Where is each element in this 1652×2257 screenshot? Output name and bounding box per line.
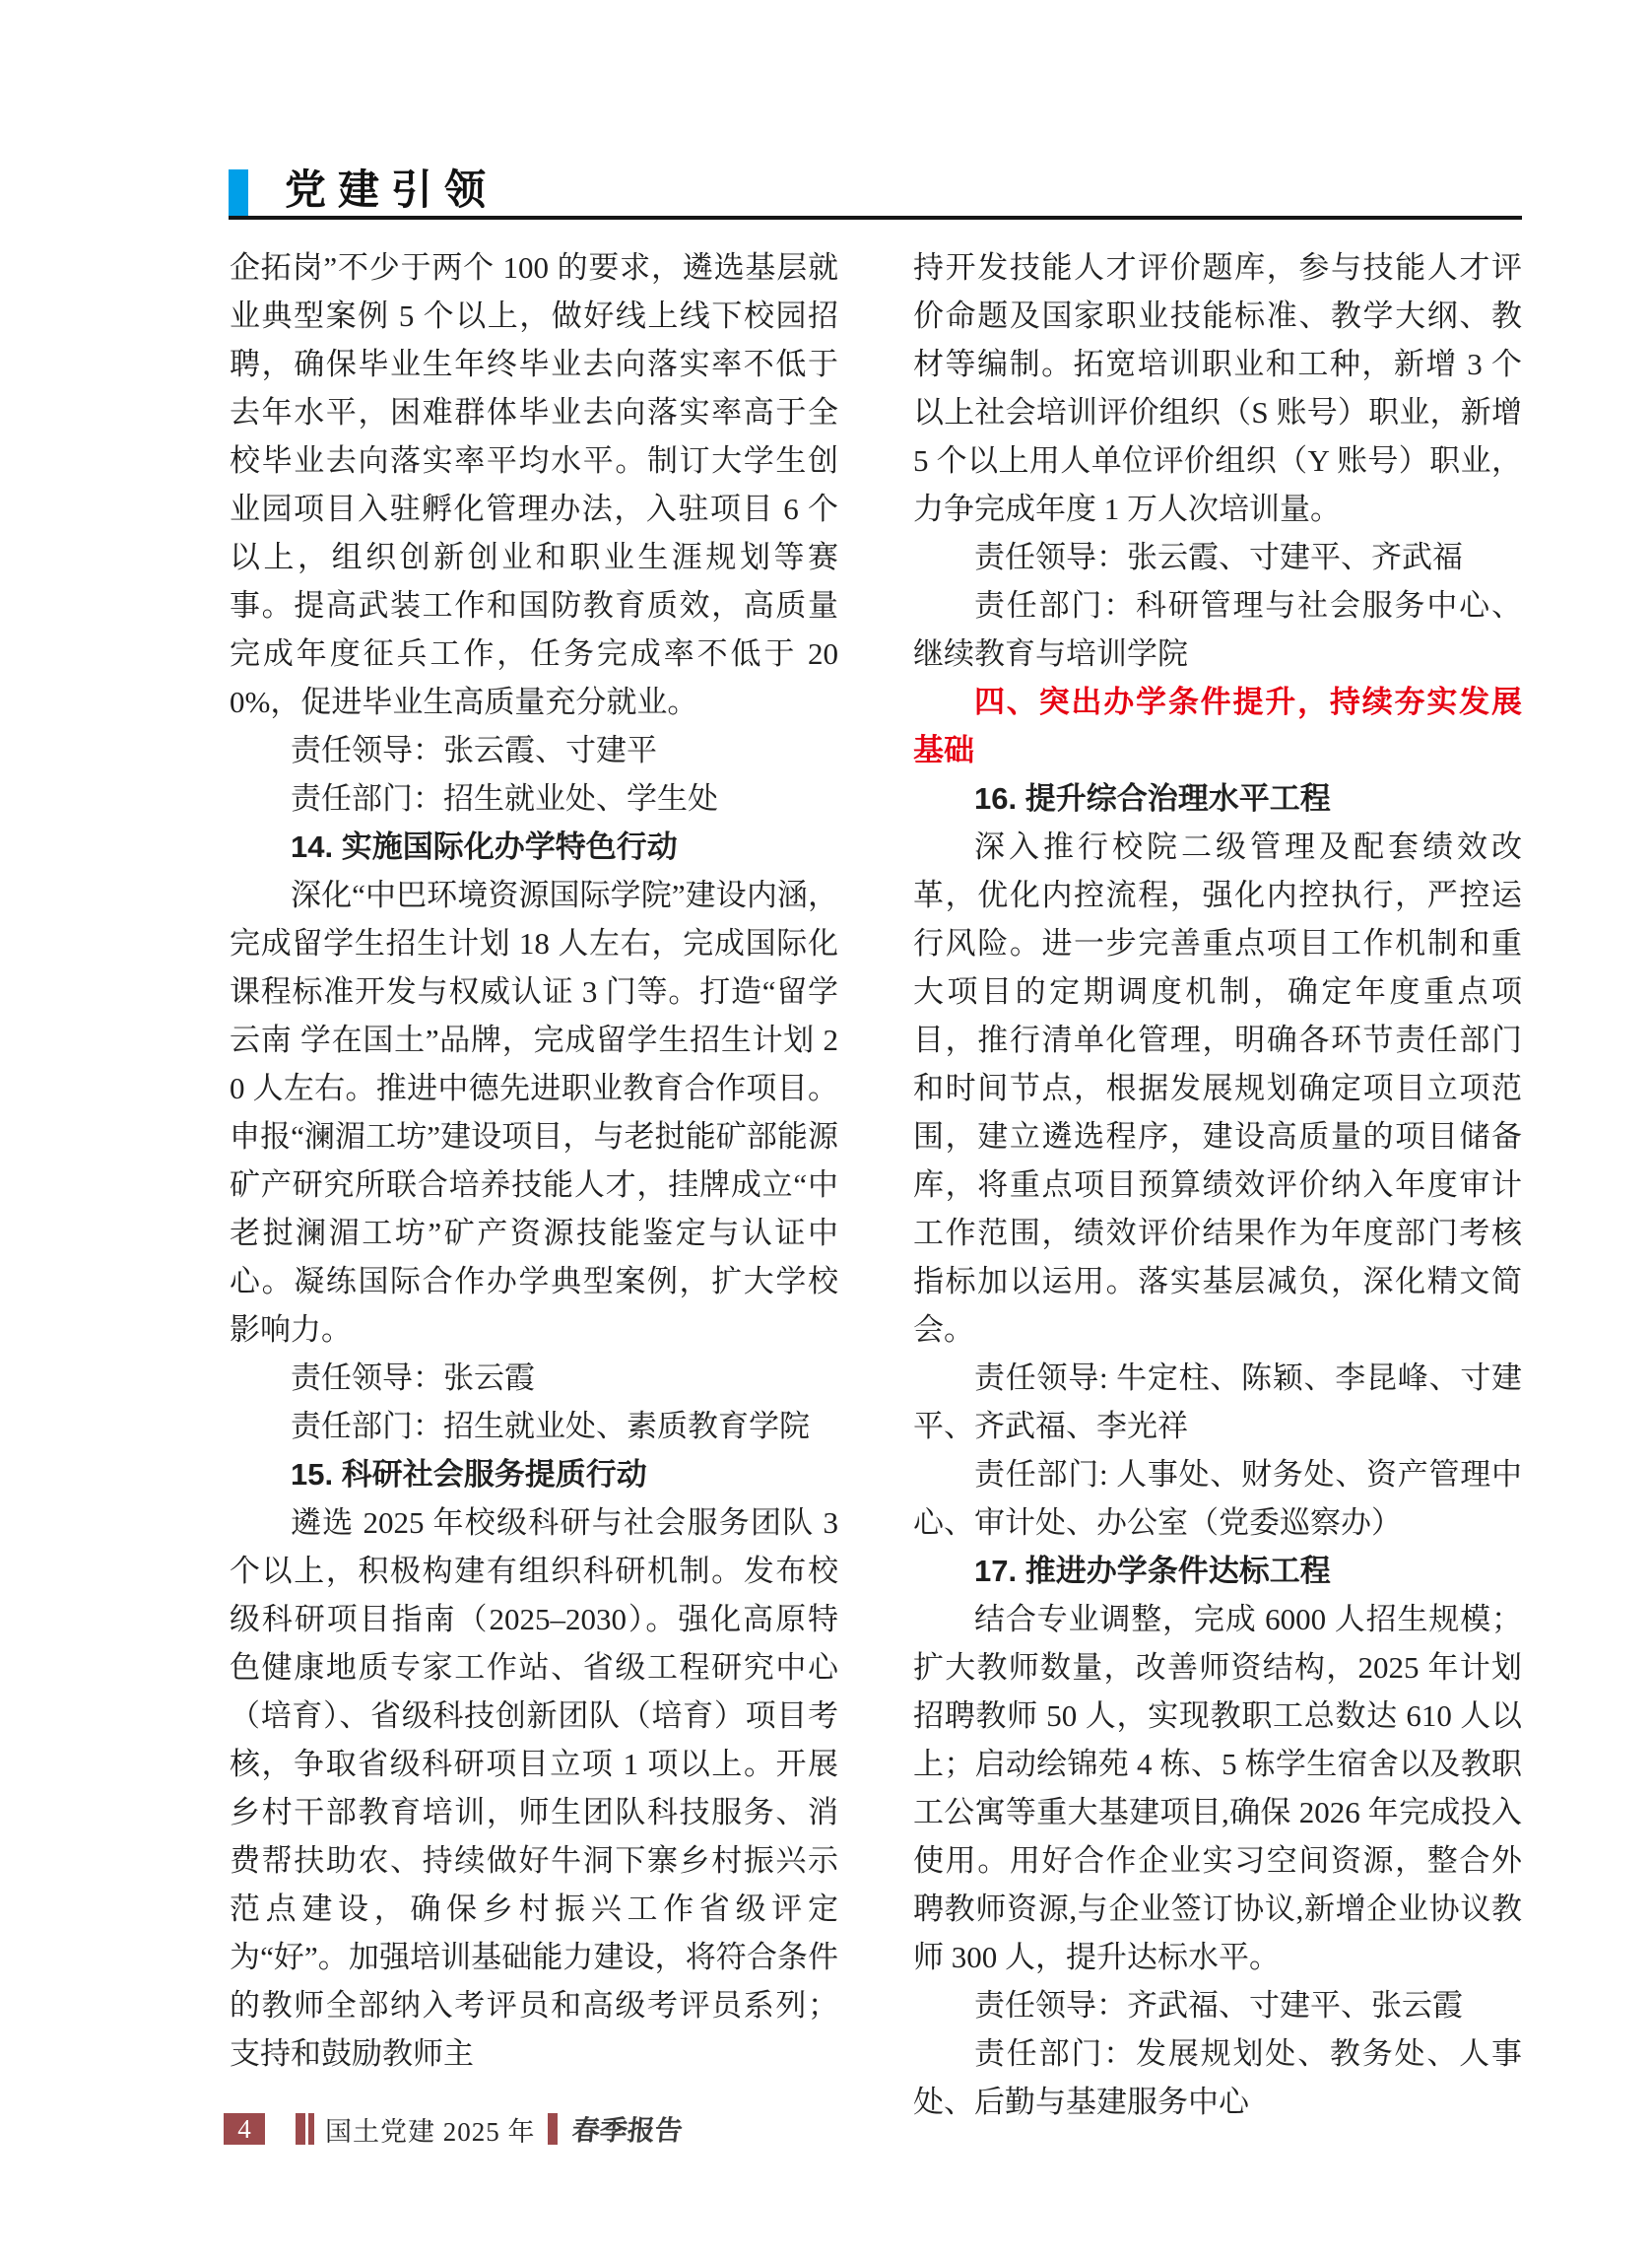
item-heading: 14. 实施国际化办学特色行动 (230, 823, 838, 871)
body-paragraph: 结合专业调整，完成 6000 人招生规模；扩大教师数量，改善师资结构，2025 … (913, 1595, 1522, 1981)
body-paragraph: 企拓岗”不少于两个 100 的要求，遴选基层就业典型案例 5 个以上，做好线上线… (230, 243, 838, 726)
two-column-body: 企拓岗”不少于两个 100 的要求，遴选基层就业典型案例 5 个以上，做好线上线… (230, 243, 1522, 2126)
item-heading: 15. 科研社会服务提质行动 (230, 1450, 838, 1498)
page-footer: 4 国土党建 2025 年 春季报告 (224, 2112, 683, 2146)
header-accent-bar (229, 169, 248, 217)
body-paragraph: 深入推行校院二级管理及配套绩效改革，优化内控流程，强化内控执行，严控运行风险。进… (913, 823, 1522, 1354)
body-paragraph: 遴选 2025 年校级科研与社会服务团队 3 个以上，积极构建有组织科研机制。发… (230, 1498, 838, 2078)
responsibility-line: 责任部门：招生就业处、学生处 (230, 774, 838, 823)
right-column: 持开发技能人才评价题库，参与技能人才评价命题及国家职业技能标准、教学大纲、教材等… (913, 243, 1522, 2126)
section-title: 党建引领 (285, 158, 497, 217)
responsibility-line: 责任领导：齐武福、寸建平、张云霞 (913, 1981, 1522, 2029)
responsibility-line: 责任领导：张云霞、寸建平、齐武福 (913, 533, 1522, 581)
responsibility-line: 责任领导：张云霞、寸建平 (230, 726, 838, 774)
page-number-badge: 4 (224, 2113, 265, 2145)
body-paragraph: 深化“中巴环境资源国际学院”建设内涵，完成留学生招生计划 18 人左右，完成国际… (230, 871, 838, 1354)
document-page: 党建引领 企拓岗”不少于两个 100 的要求，遴选基层就业典型案例 5 个以上，… (0, 0, 1652, 2257)
responsibility-line: 责任领导：张云霞 (230, 1354, 838, 1402)
responsibility-line: 责任领导: 牛定柱、陈颖、李昆峰、寸建平、齐武福、李光祥 (913, 1354, 1522, 1450)
item-heading: 16. 提升综合治理水平工程 (913, 774, 1522, 823)
responsibility-line: 责任部门: 人事处、财务处、资产管理中心、审计处、办公室（党委巡察办） (913, 1450, 1522, 1547)
footer-divider-bar-icon (296, 2113, 305, 2145)
responsibility-line: 责任部门：发展规划处、教务处、人事处、后勤与基建服务中心 (913, 2029, 1522, 2126)
body-paragraph: 持开发技能人才评价题库，参与技能人才评价命题及国家职业技能标准、教学大纲、教材等… (913, 243, 1522, 533)
item-heading: 17. 推进办学条件达标工程 (913, 1547, 1522, 1595)
footer-divider-bar-icon (308, 2113, 314, 2145)
responsibility-line: 责任部门：科研管理与社会服务中心、继续教育与培训学院 (913, 581, 1522, 678)
footer-issue-label: 春季报告 (569, 2109, 684, 2149)
left-column: 企拓岗”不少于两个 100 的要求，遴选基层就业典型案例 5 个以上，做好线上线… (230, 243, 838, 2126)
responsibility-line: 责任部门：招生就业处、素质教育学院 (230, 1402, 838, 1450)
footer-journal-title: 国土党建 2025 年 (325, 2110, 536, 2149)
header-rule (229, 216, 1522, 220)
footer-divider-bar-icon (548, 2113, 558, 2145)
section-heading: 四、突出办学条件提升，持续夯实发展基础 (913, 678, 1522, 774)
